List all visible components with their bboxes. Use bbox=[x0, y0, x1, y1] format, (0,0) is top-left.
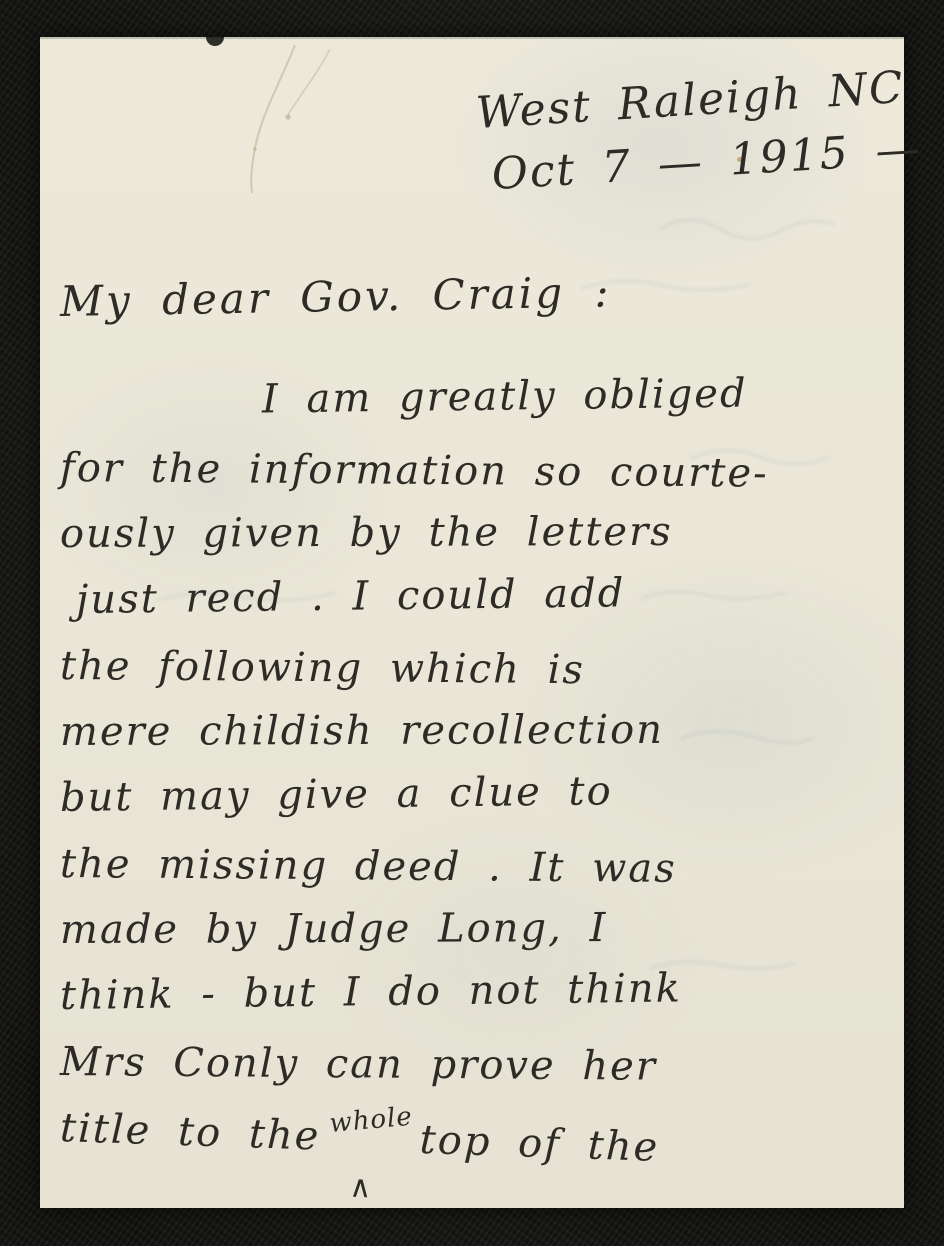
handwritten-line: Mrs Conly can prove her bbox=[60, 1029, 896, 1102]
handwritten-line: the missing deed . It was bbox=[60, 831, 896, 904]
handwritten-line: but may give a clue to bbox=[60, 755, 897, 831]
insertion-slot: whole ∧ bbox=[347, 1111, 394, 1153]
handwritten-line: just recd . I could add bbox=[76, 557, 897, 633]
handwritten-line: made by Judge Long, I bbox=[60, 894, 896, 963]
insertion-caret-mark: ∧ bbox=[348, 1155, 374, 1222]
handwritten-line: I am greatly obliged bbox=[60, 359, 897, 435]
handwritten-line: the following which is bbox=[60, 633, 896, 706]
salutation-line: My dear Gov. Craig : bbox=[60, 267, 612, 326]
handwritten-line: mere childish recollection bbox=[60, 696, 896, 765]
handwritten-line: ously given by the letters bbox=[60, 498, 896, 567]
line-segment-before: title to the bbox=[59, 1105, 321, 1160]
line-segment-after: top of the bbox=[419, 1117, 660, 1171]
handwritten-line: for the information so courte- bbox=[60, 435, 896, 508]
letter-body: I am greatly obliged for the information… bbox=[60, 369, 896, 1161]
letter-paper: West Raleigh NC Oct 7 — 1915 — My dear G… bbox=[40, 37, 904, 1208]
inserted-word: whole bbox=[327, 1084, 416, 1157]
handwritten-line: think - but I do not think bbox=[60, 953, 897, 1029]
